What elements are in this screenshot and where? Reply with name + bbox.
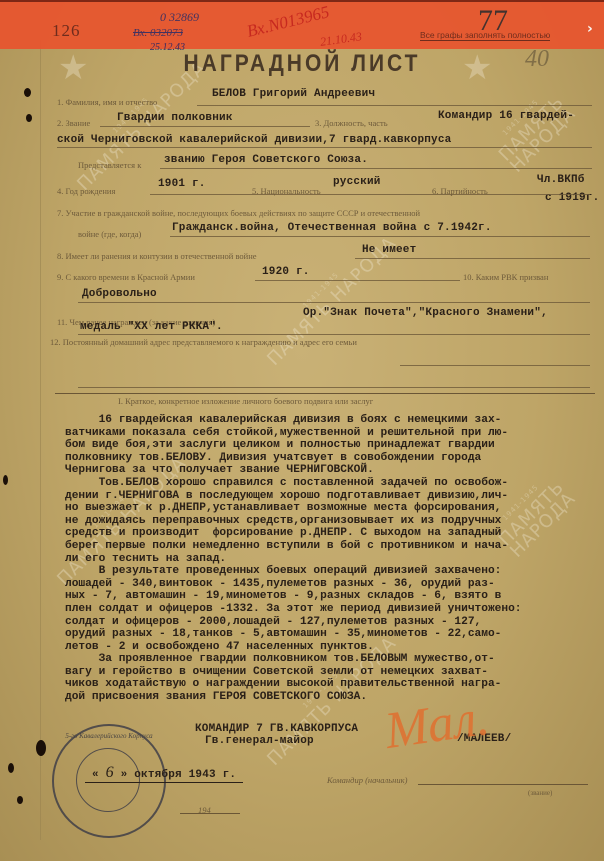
punch-hole [24,88,31,97]
header-highlight-band: 126 0 32869 Вх. 032073 Вх.N013965 21.10.… [0,0,604,49]
date-line [85,782,243,783]
rank-label: (звание) [528,789,552,797]
field-2-value: Гвардии полковник [117,112,233,124]
stamp-text: 5-го Кавалерийского Корпуса [54,732,164,740]
punch-hole [17,796,23,804]
incoming-number-1: 0 32869 [160,10,199,25]
signer-rank: Гв.генерал-майор [205,735,314,747]
field-3-label: 3. Должность, часть [315,118,388,128]
pencil-mark: 40 [525,46,549,73]
field-9-value: 1920 г. [262,266,310,278]
red-incoming-date: 21.10.43 [319,29,363,50]
field-9-label: 9. С какого времени в Красной Армии [57,272,195,282]
punch-hole [3,475,8,485]
citation-text: 16 гвардейская кавалерийская дивизия в б… [65,414,595,704]
section-divider [55,393,595,394]
presented-label: Представляется к [78,160,141,170]
document-title: НАГРАДНОЙ ЛИСТ [0,50,604,78]
field-11-value: Ор."Знак Почета","Красного Знамени", [303,307,548,319]
presented-value: званию Героя Советского Союза. [164,154,368,166]
citation-paragraph-4: За проявленное гвардии полковником тов.Б… [65,653,595,703]
field-1-line [197,105,592,106]
citation-paragraph-3: В результате проведенных боевых операций… [65,565,595,653]
incoming-number-2: Вх. 032073 [133,27,183,39]
margin-line [40,40,41,840]
field-3-value: Командир 16 гвардей- [438,110,574,122]
field-10-line [78,302,590,303]
signature-date: « 6 » октября 1943 г. [92,764,236,782]
field-9-line [255,280,460,281]
field-8-value: Не имеет [362,244,416,256]
citation-paragraph-1: 16 гвардейская кавалерийская дивизия в б… [65,414,595,477]
punch-hole [8,763,14,773]
award-sheet-document: 126 0 32869 Вх. 032073 Вх.N013965 21.10.… [0,0,604,861]
citation-paragraph-2: Тов.БЕЛОВ хорошо справился с поставленно… [65,477,595,565]
field-7-line [170,236,590,237]
field-11-value-cont: медаль "XX лет РККА". [80,321,223,333]
punch-hole [26,114,32,122]
field-8-label: 8. Имеет ли ранения и контузии в отечест… [57,251,257,261]
field-7-value: Гражданск.война, Отечественная война с 7… [172,222,492,234]
field-4-line [150,194,590,195]
presented-line [160,168,592,169]
fill-instruction: Все графы заполнять полностью [420,30,550,41]
field-4-label: 4. Год рождения [57,186,115,196]
section-heading: I. Краткое, конкретное изложение личного… [118,396,373,406]
field-12-label: 12. Постоянный домашний адрес представля… [50,337,357,347]
field-3-value-cont: ской Черниговской кавалерийской дивизии,… [57,134,451,146]
year-line [180,813,240,814]
field-2-line [100,126,310,127]
field-12-line [400,365,590,366]
next-page-arrow-icon[interactable]: › [587,22,599,36]
field-11-line [78,334,590,335]
signer-title: КОМАНДИР 7 ГВ.КАВКОРПУСА [195,723,358,735]
field-4-value: 1901 г. [158,178,206,190]
field-3-line [57,147,592,148]
field-2-label: 2. Звание [57,118,90,128]
field-1-value: БЕЛОВ Григорий Андреевич [212,88,375,100]
commander-label: Командир (начальник) [327,775,407,785]
field-8-line [355,258,590,259]
field-6-value: Чл.ВКПб [537,174,585,186]
field-7-label-cont: войне (где, когда) [78,229,141,239]
field-10-value: Добровольно [82,288,157,300]
field-12-line [78,387,590,388]
commander-line [418,784,588,785]
field-1-label: 1. Фамилия, имя и отчество [57,97,157,107]
field-7-label: 7. Участие в гражданской войне, последую… [57,208,420,218]
archive-number: 126 [52,21,81,41]
punch-hole [36,740,46,756]
field-10-label: 10. Каким РВК призван [463,272,548,282]
incoming-date: 25.12.43 [150,42,185,53]
field-5-value: русский [333,176,381,188]
